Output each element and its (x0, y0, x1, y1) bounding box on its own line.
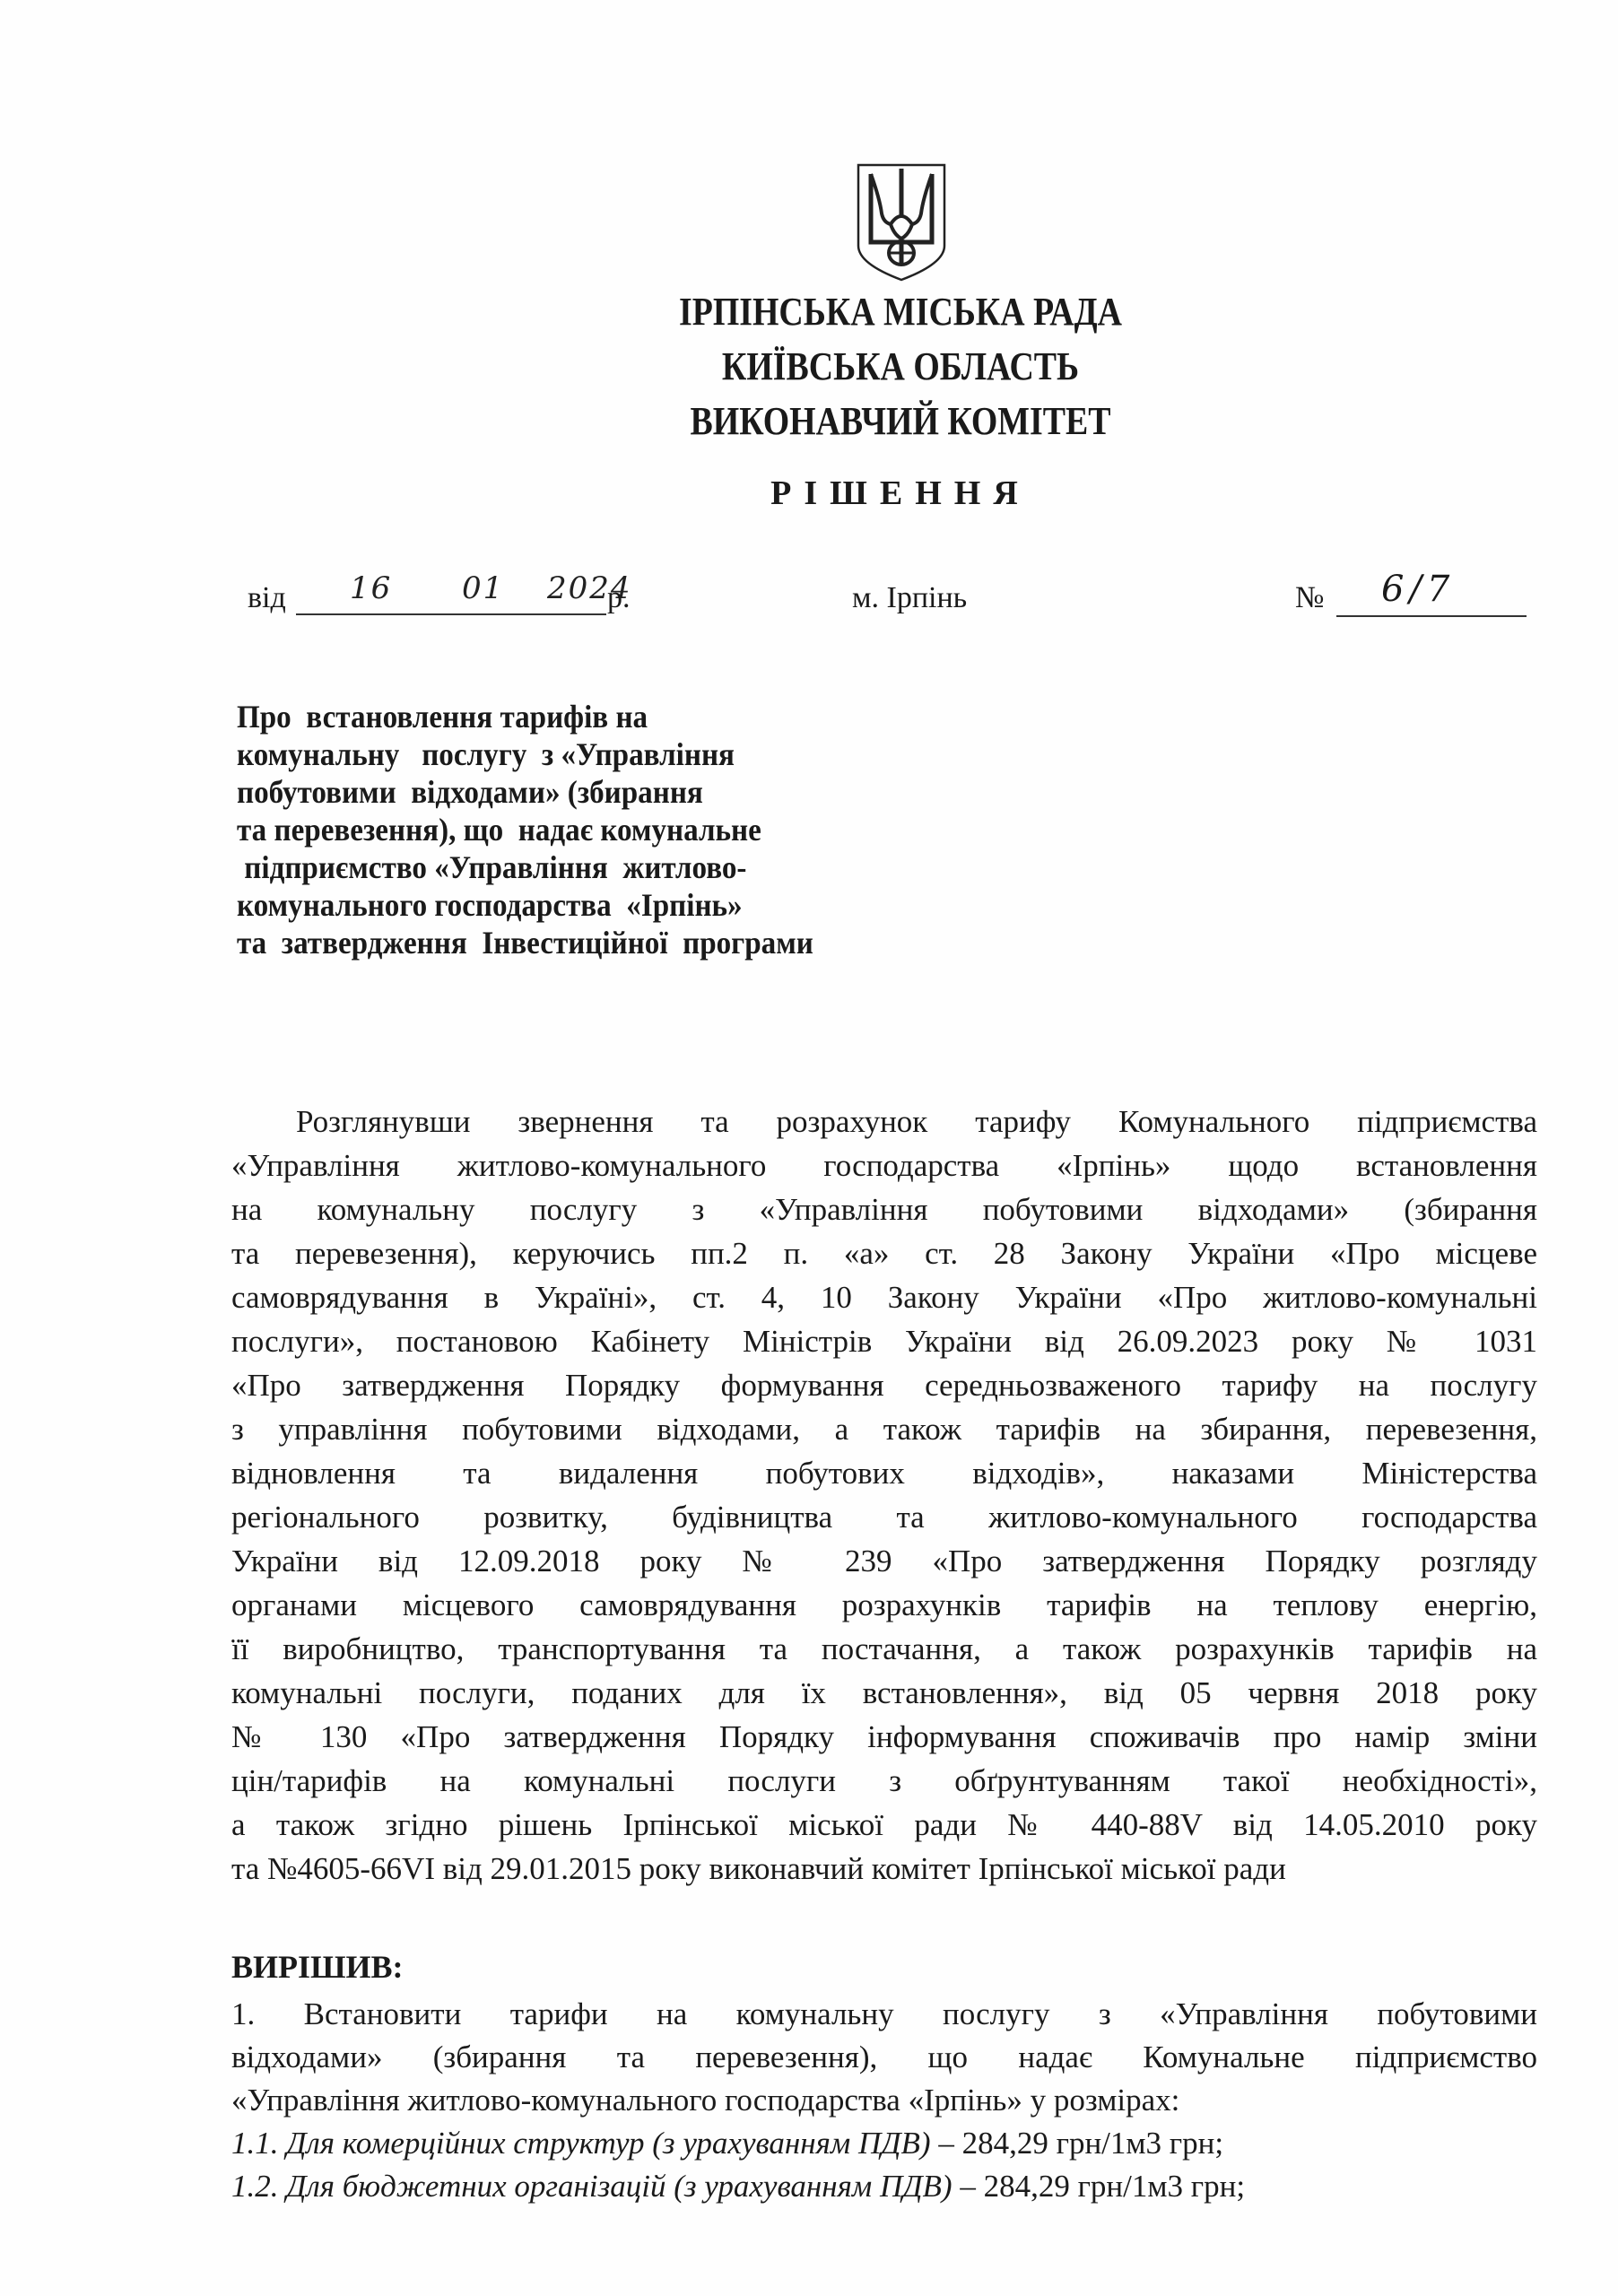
preamble-line: та №4605-66VI від 29.01.2015 року викона… (231, 1847, 1537, 1891)
subject-line: побутовими відходами» (збирання (237, 773, 979, 811)
subject-line: комунальну послугу з «Управління (237, 735, 979, 773)
handwritten-date-field: 16 01 2024 (296, 574, 606, 615)
header-committee: ВИКОНАВЧИЙ КОМІТЕТ (204, 398, 1596, 444)
preamble-line: регіонального розвитку, будівництва та ж… (231, 1495, 1537, 1539)
tariff-number: 1.2. (231, 2169, 279, 2204)
subject-line: комунального господарства «Ірпінь» (237, 886, 979, 924)
year-suffix: р. (607, 581, 631, 615)
subject-line: та перевезення), що надає комунальне (237, 811, 979, 848)
number-label: № (1295, 581, 1324, 615)
preamble-line: на комунальну послугу з «Управління побу… (231, 1187, 1537, 1231)
preamble-line: самоврядування в Україні», ст. 4, 10 Зак… (231, 1275, 1537, 1319)
tariff-number: 1.1. (231, 2126, 279, 2161)
preamble-line: України від 12.09.2018 року № 239 «Про з… (231, 1539, 1537, 1583)
tariff-value: – 284,29 грн/1м3 грн; (953, 2169, 1246, 2204)
preamble-line: «Про затвердження Порядку формування сер… (231, 1363, 1537, 1407)
preamble-line: Розглянувши звернення та розрахунок тари… (231, 1100, 1537, 1144)
decision-title: РІШЕННЯ (91, 474, 1618, 513)
preamble-line: з управління побутовими відходами, а так… (231, 1407, 1537, 1451)
decision-line: 1. Встановити тарифи на комунальну послу… (231, 1993, 1537, 2036)
tariff-label: Для комерційних структур (з урахуванням … (286, 2126, 930, 2161)
date-from-label: від (248, 581, 286, 615)
decision-line: «Управління житлово-комунального господа… (231, 2079, 1537, 2122)
preamble-line: її виробництво, транспортування та поста… (231, 1627, 1537, 1671)
header-council-name: ІРПІНСЬКА МІСЬКА РАДА (204, 289, 1596, 335)
resolved-heading: ВИРІШИВ: (231, 1948, 404, 1986)
preamble-line: № 130 «Про затвердження Порядку інформув… (231, 1715, 1537, 1759)
preamble-line: відновлення та видалення побутових відхо… (231, 1451, 1537, 1495)
tariff-item-budget: 1.2. Для бюджетних організацій (з урахув… (231, 2165, 1537, 2208)
header-region: КИЇВСЬКА ОБЛАСТЬ (204, 344, 1596, 389)
date-month: 01 (462, 570, 504, 606)
preamble-line: та перевезення), керуючись пп.2 п. «а» с… (231, 1231, 1537, 1275)
subject-line: підприємство «Управління житлово- (237, 848, 979, 886)
decision-line: відходами» (збирання та перевезення), що… (231, 2036, 1537, 2079)
handwritten-number-field: 6/7 (1336, 574, 1527, 617)
trident-emblem-icon (855, 163, 948, 282)
decision-subject: Про встановлення тарифів на комунальну п… (237, 698, 979, 961)
preamble-line: «Управління житлово-комунального господа… (231, 1144, 1537, 1187)
preamble-paragraph: Розглянувши звернення та розрахунок тари… (231, 1100, 1537, 1891)
city-label: м. Ірпінь (852, 581, 967, 615)
subject-line: та затвердження Інвестиційної програми (237, 924, 979, 961)
preamble-line: комунальні послуги, поданих для їх встан… (231, 1671, 1537, 1715)
subject-line: Про встановлення тарифів на (237, 698, 979, 735)
decision-items: 1. Встановити тарифи на комунальну послу… (231, 1993, 1537, 2208)
preamble-line: послуги», постановою Кабінету Міністрів … (231, 1319, 1537, 1363)
preamble-line: органами місцевого самоврядування розрах… (231, 1583, 1537, 1627)
meta-row: від 16 01 2024 р. м. Ірпінь № 6/7 (0, 574, 1618, 628)
preamble-line: цін/тарифів на комунальні послуги з обґр… (231, 1759, 1537, 1803)
preamble-line: а також згідно рішень Ірпінської міської… (231, 1803, 1537, 1847)
date-day: 16 (350, 570, 392, 606)
decision-number: 6/7 (1381, 569, 1455, 610)
document-page: ІРПІНСЬКА МІСЬКА РАДА КИЇВСЬКА ОБЛАСТЬ В… (0, 0, 1618, 2296)
tariff-value: – 284,29 грн/1м3 грн; (931, 2126, 1224, 2161)
tariff-label: Для бюджетних організацій (з урахуванням… (286, 2169, 952, 2204)
tariff-item-commercial: 1.1. Для комерційних структур (з урахува… (231, 2122, 1537, 2165)
